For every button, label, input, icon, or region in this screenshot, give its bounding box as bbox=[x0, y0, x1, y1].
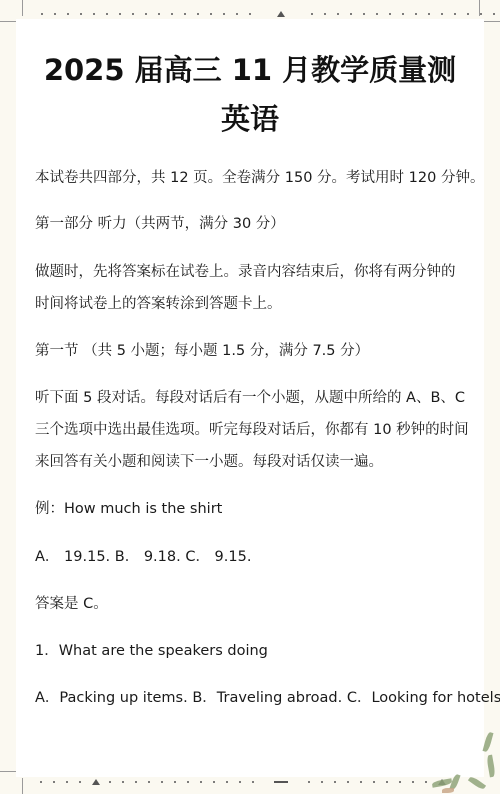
leaf-decoration-icon bbox=[430, 730, 500, 794]
example-question: 例：How much is the shirt bbox=[35, 497, 222, 518]
section-one-heading: 第一节 （共 5 小题；每小题 1.5 分，满分 7.5 分） bbox=[35, 339, 369, 360]
part-one-heading: 第一部分 听力（共两节，满分 30 分） bbox=[35, 212, 285, 233]
triangle-ornament bbox=[277, 11, 285, 17]
section-instruction-2: 三个选项中选出最佳选项。听完每段对话后，你都有 10 秒钟的时间 bbox=[35, 418, 469, 439]
instruction-line-2: 时间将试卷上的答案转涂到答题卡上。 bbox=[35, 292, 282, 313]
bottom-dotted-border bbox=[40, 780, 455, 784]
example-answer: 答案是 C。 bbox=[35, 592, 108, 613]
document-title: 2025 届高三 11 月教学质量测 bbox=[0, 48, 500, 89]
document-subtitle: 英语 bbox=[0, 97, 500, 138]
frame-left-top bbox=[22, 0, 23, 16]
instruction-line-1: 做题时，先将答案标在试卷上。录音内容结束后，你将有两分钟的 bbox=[35, 260, 456, 281]
frame-bottom-left-tick bbox=[0, 771, 16, 772]
section-instruction-1: 听下面 5 段对话。每段对话后有一个小题，从题中所给的 A、B、C bbox=[35, 386, 465, 407]
example-options: A． 19.15. B． 9.18. C． 9.15. bbox=[35, 545, 251, 566]
exam-intro: 本试卷共四部分，共 12 页。全卷满分 150 分。考试用时 120 分钟。 bbox=[35, 166, 484, 187]
top-dotted-border bbox=[41, 12, 500, 16]
frame-top-right-tick bbox=[484, 21, 500, 22]
frame-top-left-tick bbox=[0, 21, 16, 22]
frame-left-bottom bbox=[22, 778, 23, 794]
question-1-options: A．Packing up items. B．Traveling abroad. … bbox=[35, 686, 500, 707]
question-1: 1．What are the speakers doing bbox=[35, 639, 268, 660]
section-instruction-3: 来回答有关小题和阅读下一小题。每段对话仅读一遍。 bbox=[35, 450, 383, 471]
